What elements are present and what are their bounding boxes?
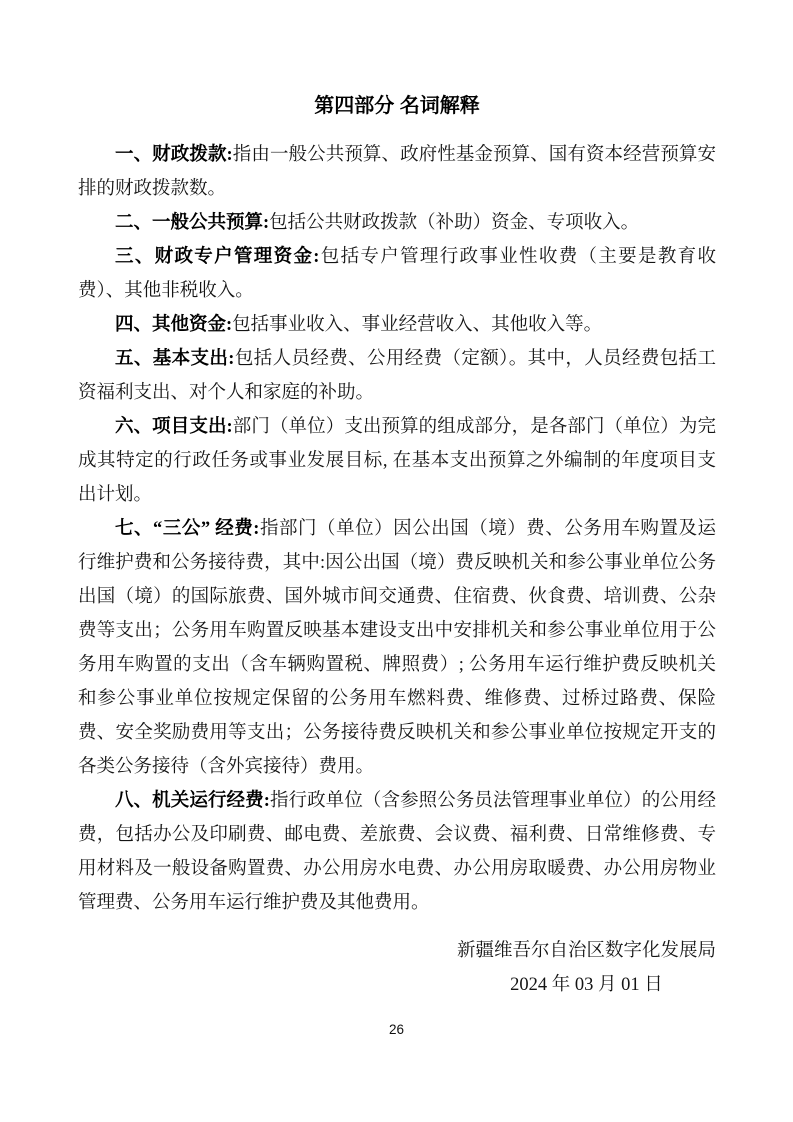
signature-date: 2024 年 03 月 01 日 bbox=[457, 968, 716, 1002]
document-page: 第四部分 名词解释 一、财政拨款:指由一般公共预算、政府性基金预算、国有资本经营… bbox=[0, 0, 793, 1122]
page-title: 第四部分 名词解释 bbox=[78, 93, 716, 119]
definition-item: 八、机关运行经费:指行政单位（含参照公务员法管理事业单位）的公用经费，包括办公及… bbox=[78, 784, 716, 920]
definition-term: 五、基本支出: bbox=[115, 349, 234, 369]
definition-item: 三、财政专户管理资金:包括专户管理行政事业性收费（主要是教育收费）、其他非税收入… bbox=[78, 240, 716, 308]
definition-item: 一、财政拨款:指由一般公共预算、政府性基金预算、国有资本经营预算安排的财政拨款数… bbox=[78, 138, 716, 206]
definition-item: 二、一般公共预算:包括公共财政拨款（补助）资金、专项收入。 bbox=[78, 206, 716, 240]
definition-item: 四、其他资金:包括事业收入、事业经营收入、其他收入等。 bbox=[78, 308, 716, 342]
definition-item: 七、“三公” 经费:指部门（单位）因公出国（境）费、公务用车购置及运行维护费和公… bbox=[78, 512, 716, 784]
definition-term: 七、“三公” 经费: bbox=[115, 519, 259, 539]
signature-org: 新疆维吾尔自治区数字化发展局 bbox=[457, 934, 716, 968]
definition-item: 五、基本支出:包括人员经费、公用经费（定额）。其中，人员经费包括工资福利支出、对… bbox=[78, 342, 716, 410]
definition-text: 指部门（单位）因公出国（境）费、公务用车购置及运行维护费和公务接待费，其中:因公… bbox=[78, 519, 716, 777]
definition-item: 六、项目支出:部门（单位）支出预算的组成部分，是各部门（单位）为完成其特定的行政… bbox=[78, 410, 716, 512]
definition-term: 二、一般公共预算: bbox=[115, 213, 269, 233]
definition-term: 一、财政拨款: bbox=[115, 145, 233, 165]
document-content: 第四部分 名词解释 一、财政拨款:指由一般公共预算、政府性基金预算、国有资本经营… bbox=[0, 0, 793, 1002]
definition-text: 包括公共财政拨款（补助）资金、专项收入。 bbox=[269, 213, 639, 233]
definition-term: 三、财政专户管理资金: bbox=[115, 247, 319, 267]
definition-text: 包括事业收入、事业经营收入、其他收入等。 bbox=[232, 315, 602, 335]
definition-term: 八、机关运行经费: bbox=[115, 791, 270, 811]
signature-inner: 新疆维吾尔自治区数字化发展局 2024 年 03 月 01 日 bbox=[457, 934, 716, 1002]
page-number: 26 bbox=[0, 1022, 793, 1038]
definition-term: 四、其他资金: bbox=[115, 315, 232, 335]
definition-term: 六、项目支出: bbox=[115, 417, 233, 437]
signature-block: 新疆维吾尔自治区数字化发展局 2024 年 03 月 01 日 bbox=[78, 934, 716, 1002]
